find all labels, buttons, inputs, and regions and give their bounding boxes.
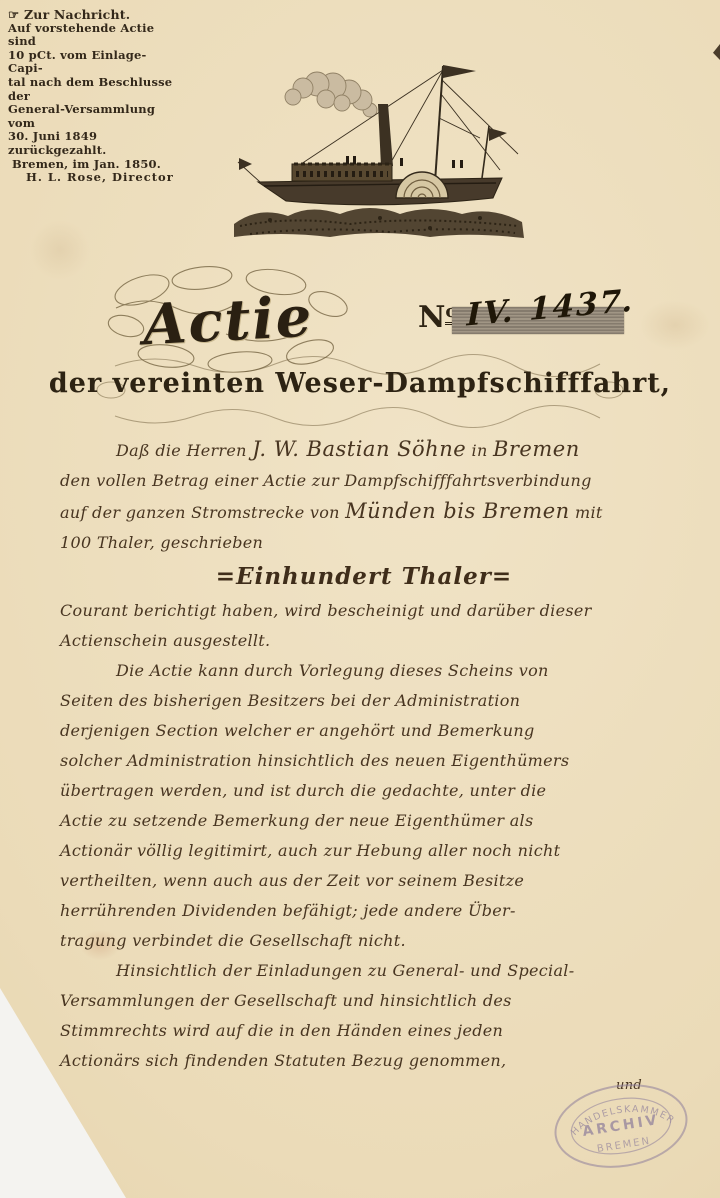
body-line: Actionärs sich findenden Statuten Bezug … <box>60 1046 668 1076</box>
route-pre: auf der ganzen Stromstrecke von <box>60 503 345 522</box>
notice-line: tal nach dem Beschlusse der <box>8 76 180 103</box>
notice-line: 10 pCt. vom Einlage-Capi- <box>8 49 180 76</box>
body-line: tragung verbindet die Gesellschaft nicht… <box>60 926 668 956</box>
shareholder-name: J. W. Bastian Söhne <box>252 437 466 461</box>
notice-line: 30. Juni 1849 zurückgezahlt. <box>8 130 180 157</box>
stamp-bottom-text: BREMEN <box>596 1136 652 1155</box>
steamship-engraving <box>230 58 528 246</box>
body-line: derjenigen Section welcher er angehört u… <box>60 716 668 746</box>
paper-stain <box>30 220 90 280</box>
route-post: mit <box>570 503 603 522</box>
body-line: herrührenden Dividenden befähigt; jede a… <box>60 896 668 926</box>
body-line: Seiten des bisherigen Besitzers bei der … <box>60 686 668 716</box>
opening-mid: in <box>466 441 493 460</box>
body-line: den vollen Betrag einer Actie zur Dampfs… <box>60 466 668 496</box>
company-name: der vereinten Weser-Dampfschifffahrt, <box>0 368 720 399</box>
body-line: Hinsichtlich der Einladungen zu General-… <box>60 956 668 986</box>
shareholder-city: Bremen <box>493 437 580 461</box>
notice-dateline: Bremen, im Jan. 1850. <box>8 158 180 172</box>
body-line: solcher Administration hinsichtlich des … <box>60 746 668 776</box>
paper-stain <box>640 300 710 350</box>
route-names: Münden bis Bremen <box>345 499 570 523</box>
paper-tear-mark <box>713 44 720 60</box>
paddle-wheel-box <box>396 172 448 198</box>
body-line: Versammlungen der Gesellschaft und hinsi… <box>60 986 668 1016</box>
certificate-page: ☞ Zur Nachricht. Auf vorstehende Actie s… <box>0 0 720 1198</box>
smoke-cloud <box>285 72 377 117</box>
body-line: Courant berichtigt haben, wird bescheini… <box>60 596 668 626</box>
body-line: Actienschein ausgestellt. <box>60 626 668 656</box>
body-line: Stimmrechts wird auf die in den Händen e… <box>60 1016 668 1046</box>
opening-prefix: Daß die Herren <box>116 441 252 460</box>
handwritten-body: Daß die Herren J. W. Bastian Söhne in Br… <box>60 434 668 1096</box>
body-line: Actie zu setzende Bemerkung der neue Eig… <box>60 806 668 836</box>
redemption-notice: ☞ Zur Nachricht. Auf vorstehende Actie s… <box>8 8 180 185</box>
body-line: übertragen werden, und ist durch die ged… <box>60 776 668 806</box>
notice-line: General-Versammlung vom <box>8 103 180 130</box>
notice-line: ☞ Zur Nachricht. <box>8 8 180 22</box>
aged-paper: ☞ Zur Nachricht. Auf vorstehende Actie s… <box>0 0 720 1198</box>
route-line: auf der ganzen Stromstrecke von Münden b… <box>60 496 668 528</box>
hull <box>258 156 502 205</box>
notice-signature: H. L. Rose, Director <box>8 171 180 185</box>
certificate-title: Actie <box>104 282 351 361</box>
funnel <box>378 104 393 166</box>
body-line: Die Actie kann durch Vorlegung dieses Sc… <box>60 656 668 686</box>
amount-intro: 100 Thaler, geschrieben <box>60 528 668 558</box>
amount-in-words: =Einhundert Thaler= <box>60 558 668 596</box>
opening-line: Daß die Herren J. W. Bastian Söhne in Br… <box>60 434 668 466</box>
subtitle-block: der vereinten Weser-Dampfschifffahrt, <box>0 352 720 428</box>
foliage-base <box>234 208 524 238</box>
body-line: vertheilten, wenn auch aus der Zeit vor … <box>60 866 668 896</box>
body-line: Actionär völlig legitimirt, auch zur Heb… <box>60 836 668 866</box>
notice-line: Auf vorstehende Actie sind <box>8 22 180 49</box>
